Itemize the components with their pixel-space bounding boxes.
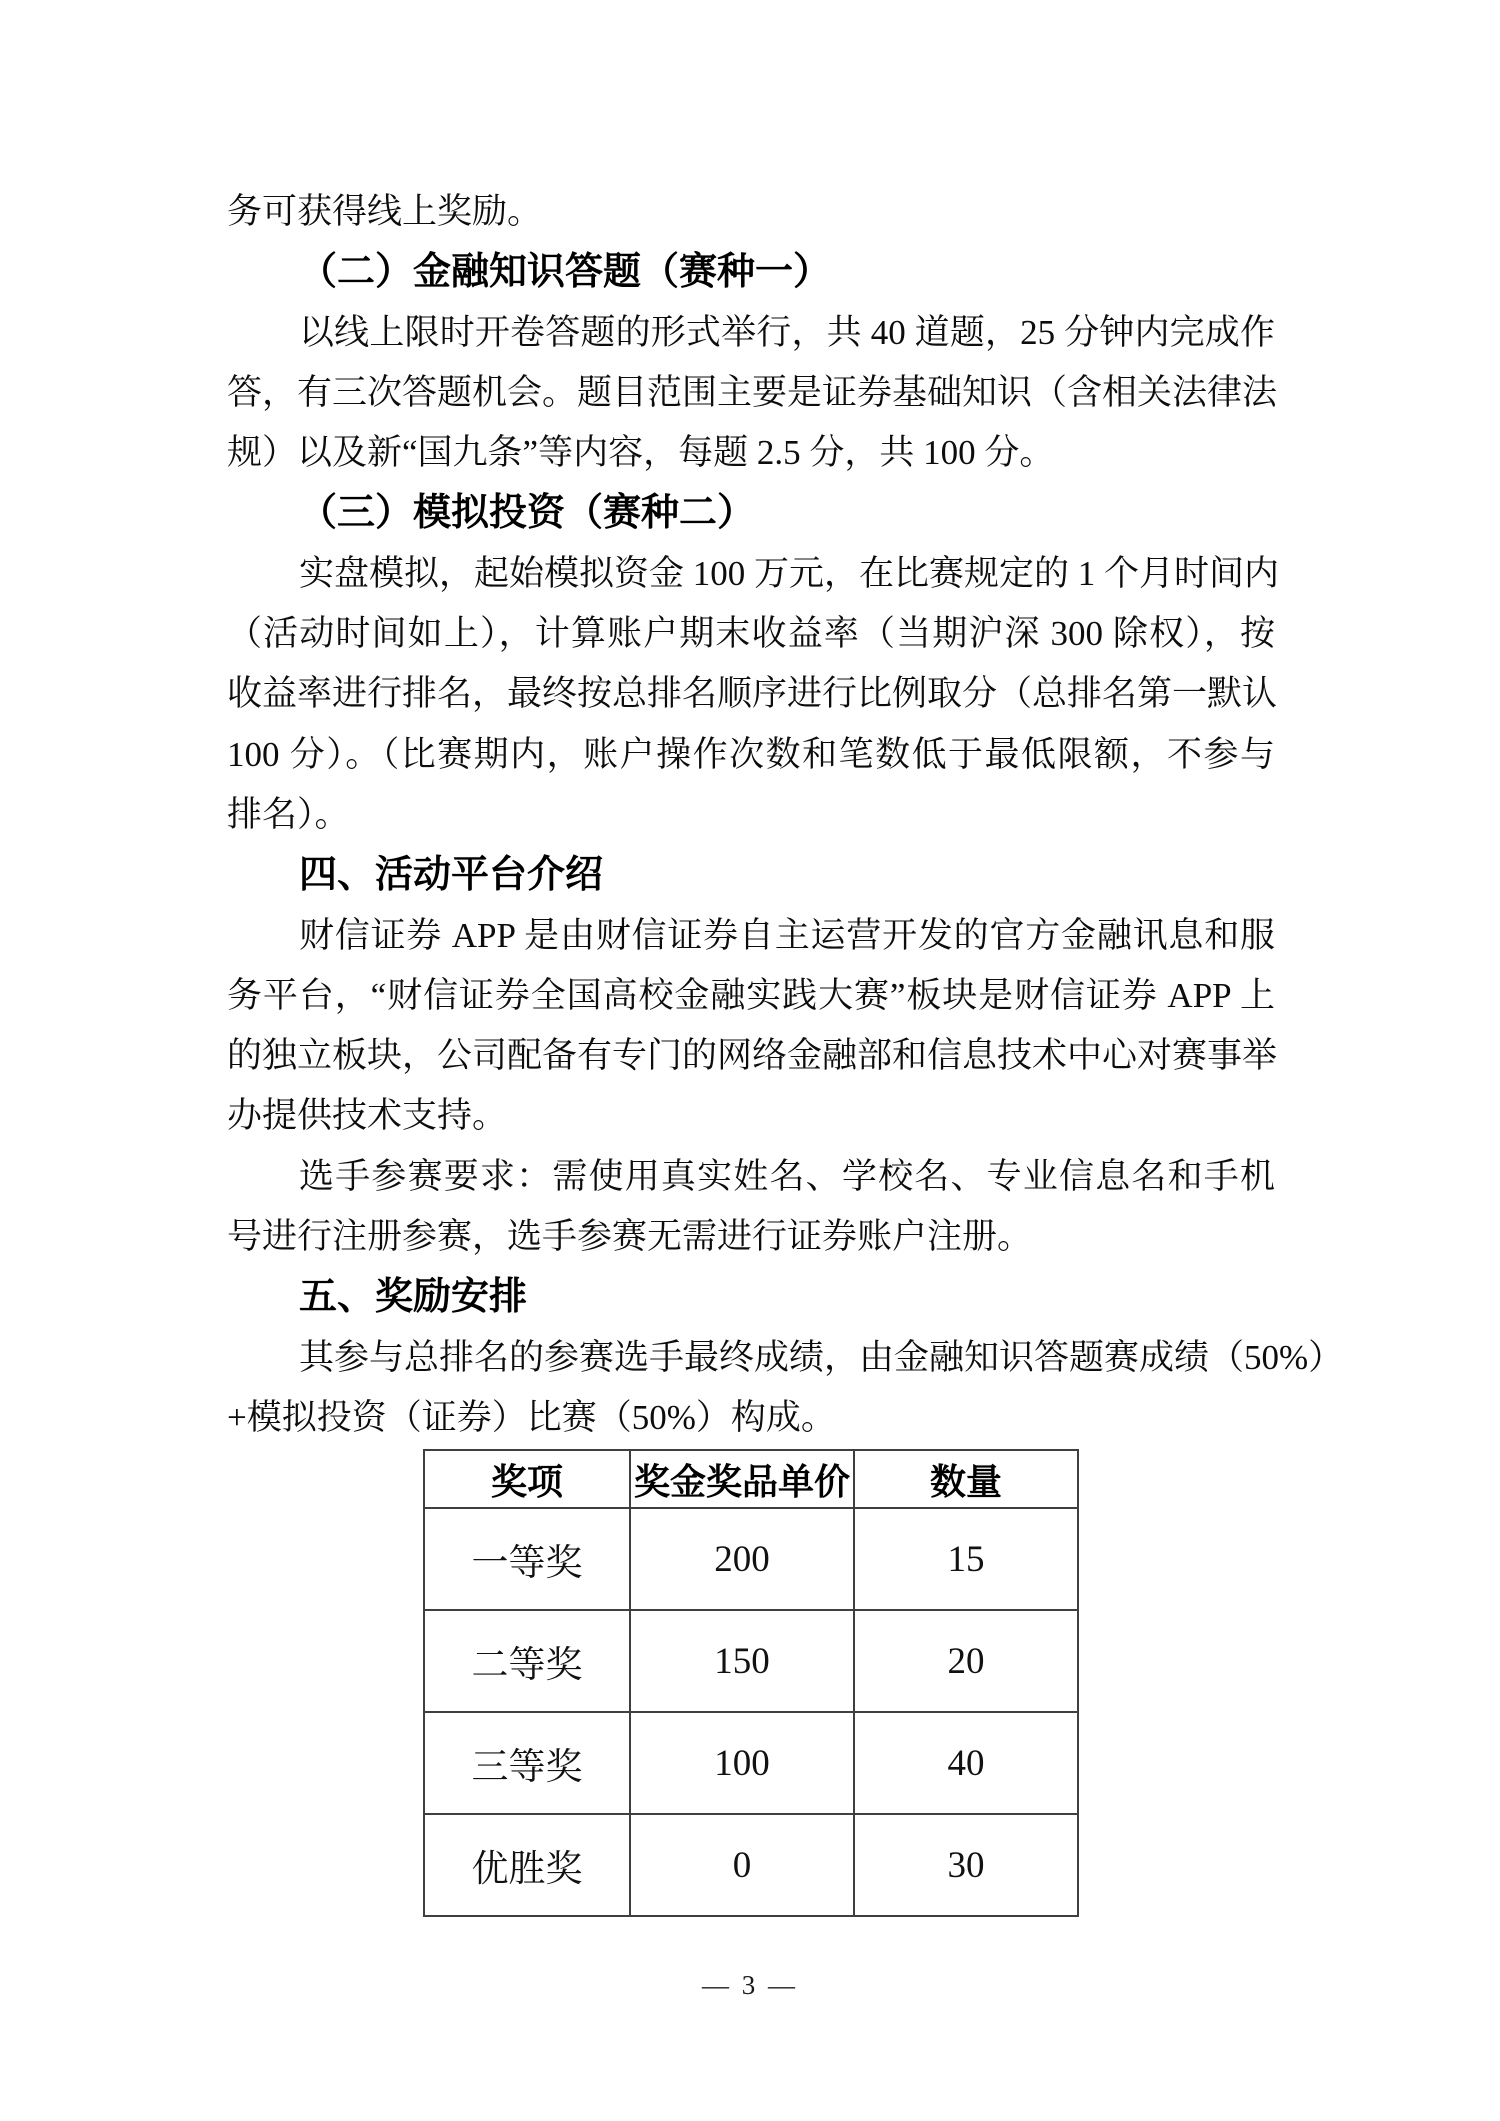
text-line: 100 分）。（比赛期内，账户操作次数和笔数低于最低限额，不参与 <box>227 725 1275 785</box>
text-line: 其参与总排名的参赛选手最终成绩，由金融知识答题赛成绩（50%） <box>227 1328 1275 1388</box>
table-cell: 三等奖 <box>424 1712 630 1814</box>
text-line: 选手参赛要求：需使用真实姓名、学校名、专业信息名和手机 <box>227 1147 1275 1207</box>
table-cell: 30 <box>854 1814 1078 1916</box>
page-number: — 3 — <box>0 1970 1500 2001</box>
document-body: 务可获得线上奖励。 （二）金融知识答题（赛种一） 以线上限时开卷答题的形式举行，… <box>227 182 1275 1448</box>
table-cell: 100 <box>630 1712 854 1814</box>
text-line: 的独立板块，公司配备有专门的网络金融部和信息技术中心对赛事举 <box>227 1026 1275 1086</box>
table-cell: 150 <box>630 1610 854 1712</box>
section-heading-2: （二）金融知识答题（赛种一） <box>227 242 1275 302</box>
section-heading-4: 四、活动平台介绍 <box>227 845 1275 905</box>
table-header-cell: 奖项 <box>424 1450 630 1508</box>
section-heading-3: （三）模拟投资（赛种二） <box>227 483 1275 543</box>
text-line: +模拟投资（证券）比赛（50%）构成。 <box>227 1388 1275 1448</box>
table-cell: 0 <box>630 1814 854 1916</box>
document-page: 务可获得线上奖励。 （二）金融知识答题（赛种一） 以线上限时开卷答题的形式举行，… <box>0 0 1500 2121</box>
text-line: 排名）。 <box>227 785 1275 845</box>
table-cell: 一等奖 <box>424 1508 630 1610</box>
table-row: 优胜奖 0 30 <box>424 1814 1078 1916</box>
table-header-cell: 奖金奖品单价 <box>630 1450 854 1508</box>
text-line: 收益率进行排名，最终按总排名顺序进行比例取分（总排名第一默认 <box>227 664 1275 724</box>
table-cell: 15 <box>854 1508 1078 1610</box>
awards-table: 奖项 奖金奖品单价 数量 一等奖 200 15 二等奖 150 20 三等奖 1… <box>423 1449 1079 1917</box>
table-cell: 200 <box>630 1508 854 1610</box>
text-line: 办提供技术支持。 <box>227 1086 1275 1146</box>
text-line: （活动时间如上），计算账户期末收益率（当期沪深 300 除权），按 <box>227 604 1275 664</box>
text-line: 答，有三次答题机会。题目范围主要是证券基础知识（含相关法律法 <box>227 363 1275 423</box>
table-row: 一等奖 200 15 <box>424 1508 1078 1610</box>
table-cell: 20 <box>854 1610 1078 1712</box>
text-line: 务平台，“财信证券全国高校金融实践大赛”板块是财信证券 APP 上 <box>227 966 1275 1026</box>
text-line: 务可获得线上奖励。 <box>227 182 1275 242</box>
text-line: 规）以及新“国九条”等内容，每题 2.5 分，共 100 分。 <box>227 423 1275 483</box>
table-row: 二等奖 150 20 <box>424 1610 1078 1712</box>
table-header-row: 奖项 奖金奖品单价 数量 <box>424 1450 1078 1508</box>
text-line: 实盘模拟，起始模拟资金 100 万元，在比赛规定的 1 个月时间内 <box>227 544 1275 604</box>
table-header-cell: 数量 <box>854 1450 1078 1508</box>
text-line: 财信证券 APP 是由财信证券自主运营开发的官方金融讯息和服 <box>227 906 1275 966</box>
text-line: 以线上限时开卷答题的形式举行，共 40 道题，25 分钟内完成作 <box>227 303 1275 363</box>
table-cell: 优胜奖 <box>424 1814 630 1916</box>
table-row: 三等奖 100 40 <box>424 1712 1078 1814</box>
section-heading-5: 五、奖励安排 <box>227 1267 1275 1327</box>
text-line: 号进行注册参赛，选手参赛无需进行证券账户注册。 <box>227 1207 1275 1267</box>
table-cell: 二等奖 <box>424 1610 630 1712</box>
table-cell: 40 <box>854 1712 1078 1814</box>
